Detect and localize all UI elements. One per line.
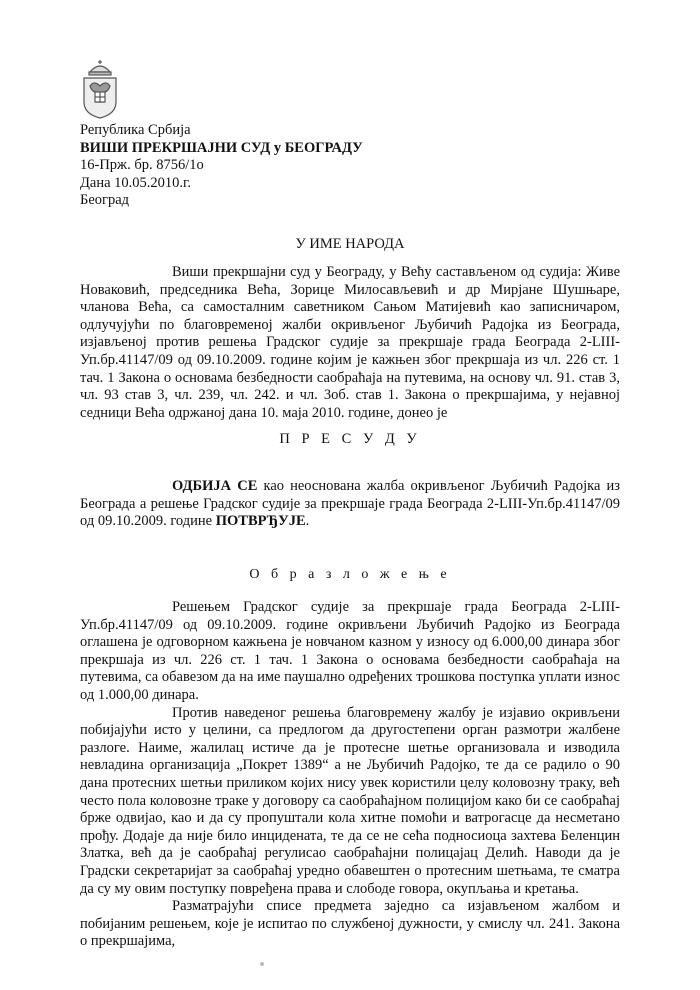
document-date: Дана 10.05.2010.г. xyxy=(80,175,363,193)
serbian-coat-of-arms-icon xyxy=(80,58,120,120)
title-in-the-name-of-people: У ИМЕ НАРОДА xyxy=(0,236,700,253)
country-name: Република Србија xyxy=(80,122,363,140)
city-name: Београд xyxy=(80,192,363,210)
title-reasoning: О б р а з л о ж е њ е xyxy=(0,567,700,583)
verdict-middle-text: као неоснована жалба окривљеног Љубичић … xyxy=(80,478,620,529)
scan-speck xyxy=(260,962,264,966)
document-page: Република Србија ВИШИ ПРЕКРШАЈНИ СУД у Б… xyxy=(0,0,700,990)
intro-paragraph: Виши прекршајни суд у Београду, у Већу с… xyxy=(80,264,620,422)
verdict-end: . xyxy=(306,513,310,529)
reasoning-paragraph-2: Против наведеног решења благовремену жал… xyxy=(80,705,620,899)
title-verdict: П Р Е С У Д У xyxy=(0,431,700,448)
reasoning-paragraph-1: Решењем Градског судије за прекршаје гра… xyxy=(80,599,620,705)
intro-text: Виши прекршајни суд у Београду, у Већу с… xyxy=(80,264,620,422)
document-header: Република Србија ВИШИ ПРЕКРШАЈНИ СУД у Б… xyxy=(80,122,363,210)
verdict-confirms: ПОТВРЂУЈЕ xyxy=(216,513,306,529)
reasoning-section: Решењем Градског судије за прекршаје гра… xyxy=(80,599,620,951)
court-name: ВИШИ ПРЕКРШАЈНИ СУД у БЕОГРАДУ xyxy=(80,140,363,158)
reasoning-paragraph-3: Разматрајући списе предмета заједно са и… xyxy=(80,898,620,951)
verdict-paragraph: ОДБИЈА СЕ као неоснована жалба окривљено… xyxy=(80,478,620,531)
verdict-rejects: ОДБИЈА СЕ xyxy=(172,478,257,494)
case-number: 16-Прж. бр. 8756/1о xyxy=(80,157,363,175)
